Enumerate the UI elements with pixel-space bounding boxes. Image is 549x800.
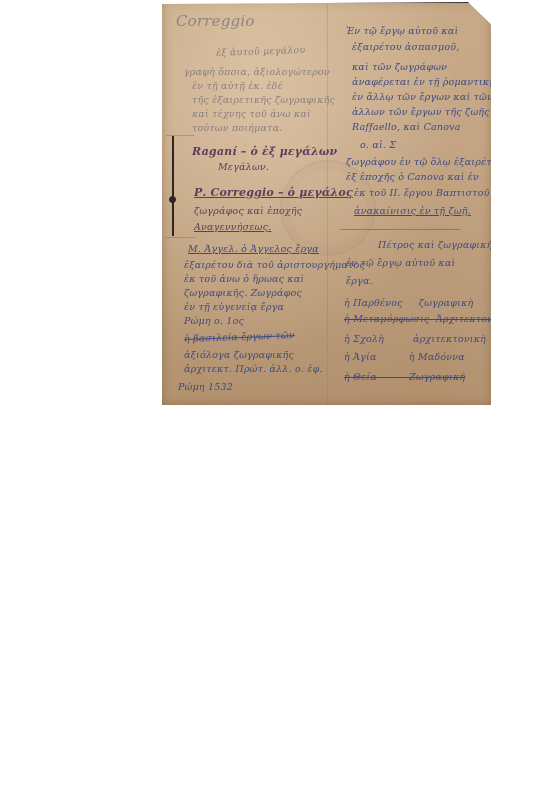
handwritten-line: ἐξ ἐποχῆς ὁ Canova καὶ ἐν (346, 172, 479, 183)
handwritten-line: ἐν τῷ ἔργῳ αὐτοῦ καὶ (346, 258, 455, 269)
handwritten-line: ἀναφέρεται ἐν τῇ ῥομαντικῇ (352, 77, 495, 88)
handwritten-line: ζωγραφικῆς. Ζωγράφος (184, 288, 302, 299)
handwritten-line: καὶ τῶν ζωγράφων (352, 62, 447, 73)
handwritten-line: Μεγάλων. (218, 162, 269, 173)
handwritten-line: Ρώμη ο. 1ος (184, 316, 244, 327)
margin-rule (166, 237, 196, 238)
handwritten-line: Raffaello, καὶ Canova (352, 122, 461, 133)
handwritten-line: ἐξαιρέτου ἀσπασμοῦ, (352, 42, 459, 53)
handwritten-line: ἡ Θεία Ζωγραφική (344, 372, 465, 383)
handwritten-line: ἐξαιρέτου διὰ τοῦ ἀριστουργήματος (184, 260, 365, 271)
handwritten-line: Ρώμη 1532 (178, 382, 233, 393)
handwritten-line: ἀλλων τῶν ἔργων τῆς ζωῆς (352, 107, 490, 118)
handwritten-line: ἐν τῇ εὐγενείᾳ ἔργα (184, 302, 284, 313)
title-correggio: Correggio (176, 12, 255, 30)
handwritten-line: ἡ Σχολὴ ἀρχιτεκτονικὴ (344, 334, 486, 345)
section-divider (340, 229, 460, 230)
handwritten-line: γραφὴ ὅποια, ἀξιολογώτερον (184, 67, 330, 78)
handwritten-line: Raganí – ὁ ἐξ μεγάλων (192, 145, 337, 158)
handwritten-line: ἡ Ἁγία ἡ Μαδόννα (344, 352, 465, 363)
handwritten-line: ἐν τῇ αὐτῇ ἐκ. ἐδέ (192, 81, 283, 92)
handwritten-line: ζωγράφος καὶ ἐποχῆς (194, 206, 302, 217)
binding-stitch (172, 136, 174, 236)
handwritten-line: τῆς ἐξαιρετικῆς ζωγραφικῆς (192, 95, 335, 106)
handwritten-line: ἀξιόλογα ζωγραφικῆς (184, 350, 294, 361)
handwritten-line: ἡ Μεταμόρφωσις Ἀρχιτεκτονικὴ (344, 314, 509, 325)
handwritten-line: ἐν ἄλλῳ τῶν ἔργων καὶ τῶν (352, 92, 493, 103)
handwritten-line: ο. αἰ. Σ (360, 140, 396, 151)
handwritten-line: ζωγράφου ἐν τῷ ὅλῳ ἐξαιρέτου (346, 157, 504, 168)
handwritten-line: ἐκ τοῦ ἀνω ὁ ἥρωας καὶ (184, 274, 304, 285)
handwritten-line: τούτων ποιήματα. (192, 123, 282, 134)
handwritten-line: Ἐν τῷ ἔργῳ αὐτοῦ καὶ (346, 26, 458, 37)
handwritten-line: καὶ τέχνης τοῦ ἀνω καὶ (192, 109, 311, 120)
handwritten-line: ἀρχιτεκτ. Πρώτ. ἀλλ. ο. ἐφ. (184, 364, 323, 375)
handwritten-line: Πέτρος καὶ ζωγραφικῆς (378, 240, 498, 251)
handwritten-line: Ρ. Correggio – ὁ μεγάλος (194, 186, 353, 199)
binding-knot (169, 196, 176, 203)
handwritten-line: Αναγεννήσεως. (194, 222, 271, 233)
handwritten-line: ἀνακαίνισις ἐν τῇ ζωῇ. (354, 206, 471, 217)
handwritten-line: ἡ βασιλεία ἔργων τῶν (184, 330, 295, 345)
paper-top-edge (162, 0, 491, 3)
handwritten-line: ἐκ τοῦ ΙΙ. ἔργου Βαπτιστοῦ (354, 188, 490, 199)
manuscript-page: Correggio ἐξ ἀυτοῦ μεγάλου γραφὴ ὅποια, … (162, 0, 491, 405)
handwritten-line: ἔργα. (346, 276, 373, 287)
margin-rule (166, 135, 194, 136)
handwritten-line: Μ. Ἀγγελ. ὁ Ἀγγελος ἔργα (188, 244, 319, 255)
handwritten-line: ἡ Παρθένος ζωγραφικὴ (344, 298, 473, 309)
handwritten-line: ἐξ ἀυτοῦ μεγάλου (216, 45, 306, 59)
